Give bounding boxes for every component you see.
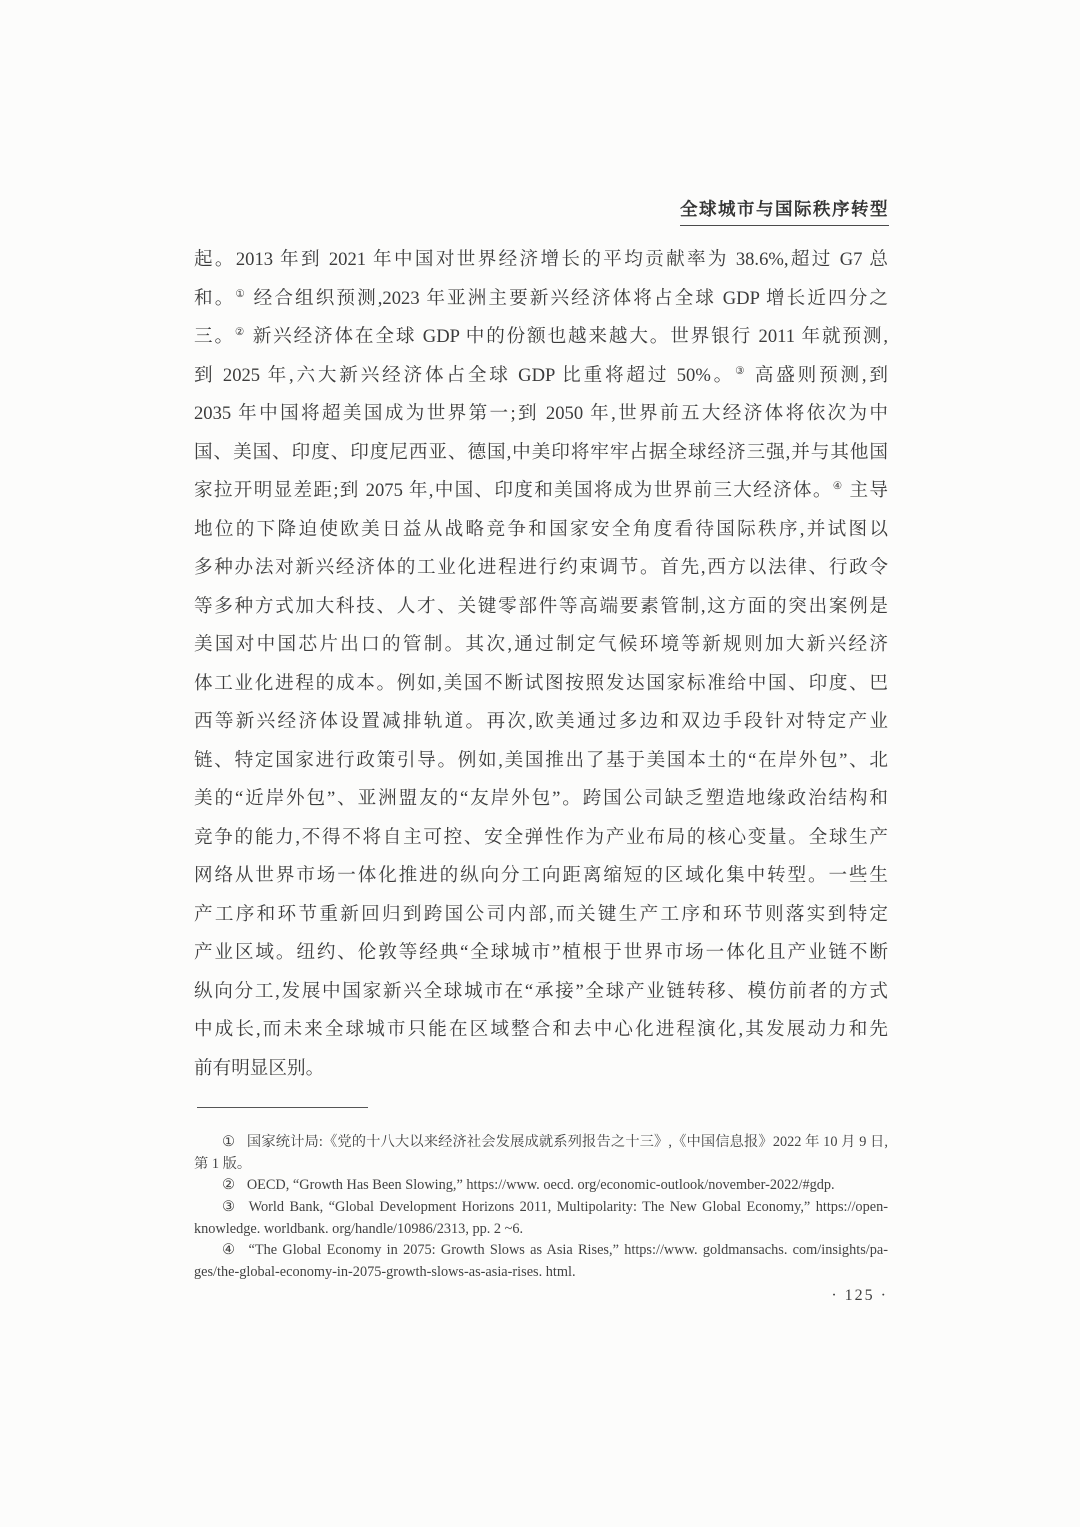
footnote-first-line: ②OECD, “Growth Has Been Slowing,” https:… (194, 1175, 888, 1197)
body-text-line: 美国对中国芯片出口的管制。其次,通过制定气候环境等新规则加大新兴经济 (194, 626, 888, 665)
footnote-continuation-line: ges/the-global-economy-in-2075-growth-sl… (194, 1262, 888, 1284)
body-text-line: 前有明显区别。 (194, 1050, 888, 1089)
footnote-divider (197, 1107, 368, 1108)
body-text-line: 体工业化进程的成本。例如,美国不断试图按照发达国家标准给中国、印度、巴 (194, 665, 888, 704)
footnotes-list: ①国家统计局:《党的十八大以来经济社会发展成就系列报告之十三》,《中国信息报》2… (194, 1132, 888, 1284)
body-text-line: 2035 年中国将超美国成为世界第一;到 2050 年,世界前五大经济体将依次为… (194, 395, 888, 434)
body-text-line: 中成长,而未来全球城市只能在区域整合和去中心化进程演化,其发展动力和先 (194, 1011, 888, 1050)
body-text-line: 网络从世界市场一体化推进的纵向分工向距离缩短的区域化集中转型。一些生 (194, 857, 888, 896)
running-header: 全球城市与国际秩序转型 (680, 196, 889, 226)
page-number: · 125 · (831, 1287, 888, 1305)
footnote-marker: ① (222, 1134, 235, 1150)
body-text-line: 产工序和环节重新回归到跨国公司内部,而关键生产工序和环节则落实到特定 (194, 896, 888, 935)
body-text-line: 西等新兴经济体设置减排轨道。再次,欧美通过多边和双边手段针对特定产业 (194, 703, 888, 742)
document-page: 全球城市与国际秩序转型 起。2013 年到 2021 年中国对世界经济增长的平均… (0, 0, 1080, 1527)
footnote-continuation-line: knowledge. worldbank. org/handle/10986/2… (194, 1219, 888, 1241)
footnote-reference: ① (235, 289, 247, 300)
body-text-line: 多种办法对新兴经济体的工业化进程进行约束调节。首先,西方以法律、行政令 (194, 549, 888, 588)
body-text-line: 产业区域。纽约、伦敦等经典“全球城市”植根于世界市场一体化且产业链不断 (194, 934, 888, 973)
body-text-line: 美的“近岸外包”、亚洲盟友的“友岸外包”。跨国公司缺乏塑造地缘政治结构和 (194, 780, 888, 819)
footnote-reference: ③ (735, 366, 747, 377)
body-text-line: 和。① 经合组织预测,2023 年亚洲主要新兴经济体将占全球 GDP 增长近四分… (194, 280, 888, 319)
footnote-reference: ④ (833, 481, 844, 492)
footnote-marker: ② (222, 1177, 235, 1193)
body-text-line: 地位的下降迫使欧美日益从战略竞争和国家安全角度看待国际秩序,并试图以 (194, 511, 888, 550)
footnote-marker: ④ (222, 1242, 237, 1258)
footnote-continuation-line: 第 1 版。 (194, 1154, 888, 1176)
body-text-line: 三。② 新兴经济体在全球 GDP 中的份额也越来越大。世界银行 2011 年就预… (194, 318, 888, 357)
body-text: 起。2013 年到 2021 年中国对世界经济增长的平均贡献率为 38.6%,超… (194, 241, 888, 1088)
body-text-line: 国、美国、印度、印度尼西亚、德国,中美印将牢牢占据全球经济三强,并与其他国 (194, 434, 888, 473)
footnote-first-line: ④“The Global Economy in 2075: Growth Slo… (194, 1240, 888, 1262)
body-text-line: 到 2025 年,六大新兴经济体占全球 GDP 比重将超过 50%。③ 高盛则预… (194, 357, 888, 396)
footnote-reference: ② (235, 327, 246, 338)
body-text-line: 竞争的能力,不得不将自主可控、安全弹性作为产业布局的核心变量。全球生产 (194, 819, 888, 858)
body-text-line: 等多种方式加大科技、人才、关键零部件等高端要素管制,这方面的突出案例是 (194, 588, 888, 627)
footnote-marker: ③ (222, 1199, 237, 1215)
body-text-line: 纵向分工,发展中国家新兴全球城市在“承接”全球产业链转移、模仿前者的方式 (194, 973, 888, 1012)
body-text-line: 起。2013 年到 2021 年中国对世界经济增长的平均贡献率为 38.6%,超… (194, 241, 888, 280)
body-text-line: 家拉开明显差距;到 2075 年,中国、印度和美国将成为世界前三大经济体。④ 主… (194, 472, 888, 511)
footnote-first-line: ①国家统计局:《党的十八大以来经济社会发展成就系列报告之十三》,《中国信息报》2… (194, 1132, 888, 1154)
body-text-line: 链、特定国家进行政策引导。例如,美国推出了基于美国本土的“在岸外包”、北 (194, 742, 888, 781)
footnote-first-line: ③World Bank, “Global Development Horizon… (194, 1197, 888, 1219)
